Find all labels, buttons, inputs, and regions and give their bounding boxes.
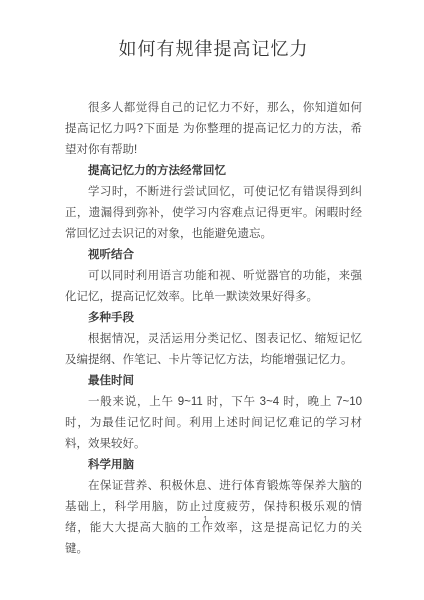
section-paragraph-best-time: 一般来说，上午 9~11 时，下午 3~4 时，晚上 7~10 时，为最佳记忆时…: [65, 392, 362, 455]
document-page: 如何有规律提高记忆力 很多人都觉得自己的记忆力不好，那么，你知道如何提高记忆力吗…: [0, 0, 424, 600]
intro-paragraph: 很多人都觉得自己的记忆力不好，那么，你知道如何提高记忆力吗?下面是 为你整理的提…: [65, 98, 362, 161]
section-heading-scientific-brain-use: 科学用脑: [65, 455, 362, 476]
section-paragraph-multiple-methods: 根据情况，灵活运用分类记忆、图表记忆、缩短记忆及编提纲、作笔记、卡片等记忆方法，…: [65, 329, 362, 371]
section-heading-multiple-methods: 多种手段: [65, 308, 362, 329]
section-heading-best-time: 最佳时间: [65, 371, 362, 392]
section-paragraph-audio-visual: 可以同时利用语言功能和视、听觉器官的功能，来强化记忆，提高记忆效率。比单一默读效…: [65, 266, 362, 308]
page-number: 1: [0, 514, 411, 524]
document-title: 如何有规律提高记忆力: [65, 0, 362, 62]
section-paragraph-recall: 学习时，不断进行尝试回忆，可使记忆有错误得到纠正，遗漏得到弥补，使学习内容难点记…: [65, 182, 362, 245]
section-heading-audio-visual: 视听结合: [65, 245, 362, 266]
section-heading-recall: 提高记忆力的方法经常回忆: [65, 161, 362, 182]
